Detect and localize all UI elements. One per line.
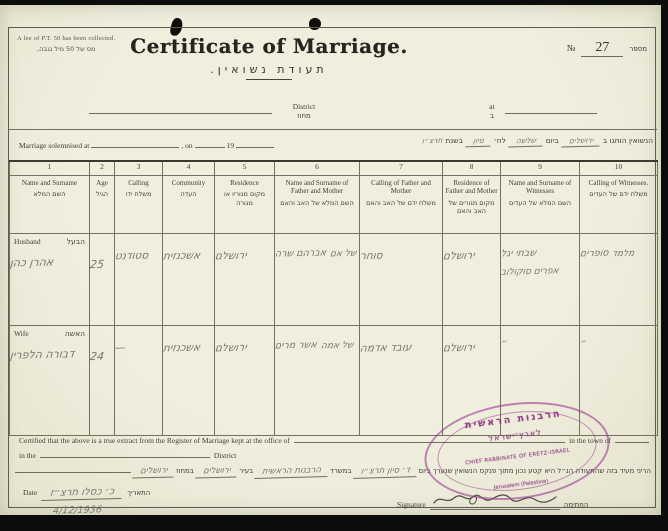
husband-parents-calling: סוחר <box>360 249 384 262</box>
at-label-he: ב <box>482 112 502 120</box>
signature-label-en: Signature <box>397 500 426 509</box>
wife-community: אשכנזית <box>163 341 201 354</box>
col-number: 10 <box>580 161 658 175</box>
number-label-hebrew: מספר <box>629 45 647 53</box>
cert-he-town-label: בעיר <box>239 467 253 475</box>
blank-line <box>40 457 210 458</box>
husband-name: אהרן כהן <box>10 255 55 269</box>
col-number: 7 <box>360 161 443 175</box>
blank-line <box>236 147 274 148</box>
fee-note-hebrew: מס של 50 מיל נגבה, <box>17 44 115 54</box>
husband-label-en: Husband <box>14 237 41 246</box>
handwritten-hebrew-date: כ׳ כסלו תרצ״ז <box>41 486 123 501</box>
handwritten-day: שלשה <box>508 136 543 148</box>
number-value: 27 <box>581 40 623 57</box>
husband-witness-calling-cell: סופרים מלמד <box>580 233 658 325</box>
col-number: 9 <box>501 161 580 175</box>
wife-label-he: האשה <box>65 329 85 338</box>
solemnised-intro-he: הנשואין הוחגו ב <box>603 136 653 145</box>
wife-community-cell: אשכנזית <box>163 325 215 435</box>
col-header: Name and Surname of Witnessesהשם המלא של… <box>501 175 580 233</box>
col-header: Ageהגיל <box>90 175 115 233</box>
col-header: Calling of Father and Motherמשלח ידם של … <box>360 175 443 233</box>
col-header: Residence of Father and Motherמקום מגורי… <box>443 175 501 233</box>
signature-label-he: החתימה <box>564 501 589 509</box>
husband-residence-cell: ירושלם <box>215 233 275 325</box>
wife-residence: ירושלם <box>215 341 248 354</box>
witness-calling-1: סופרים <box>580 247 610 259</box>
cert-he-office-label: במשרד <box>330 467 352 475</box>
husband-name-cell: Husband הבעל אהרן כהן <box>10 233 90 325</box>
header-en: Calling of Witnesses. <box>581 179 656 188</box>
solemnised-text: Marriage solemnised at <box>19 141 89 150</box>
page-title-hebrew: תעודת נשואין. <box>129 63 409 76</box>
header-en: Calling of Father and Mother <box>361 179 441 197</box>
handwritten-office: הרבנות הראשית <box>254 465 328 479</box>
header-he: העדה <box>164 190 213 198</box>
header-en: Calling <box>116 179 161 188</box>
witness-name-1: שבתי יגל <box>501 247 537 259</box>
col-number: 8 <box>443 161 501 175</box>
wife-calling-cell: — <box>115 325 163 435</box>
col-header: Calling of Witnesses.משלח ידם של העדים <box>580 175 658 233</box>
husband-calling: סטודנט <box>115 249 149 262</box>
witness-name-2: אפרים סוקולוב <box>501 266 560 278</box>
husband-community: אשכנזית <box>163 249 201 262</box>
col-number: 4 <box>163 161 215 175</box>
header-en: Residence <box>216 179 273 188</box>
column-header-row: Name and Surnameהשם המלא Ageהגיל Calling… <box>10 175 658 233</box>
cert-he-district-label: במחוז <box>176 467 194 475</box>
husband-community-cell: אשכנזית <box>163 233 215 325</box>
wife-residence-cell: ירושלם <box>215 325 275 435</box>
husband-calling-cell: סטודנט <box>115 233 163 325</box>
date-line: Date כ׳ כסלו תרצ״ז התאריך <box>23 487 150 500</box>
blank-line <box>615 442 649 443</box>
husband-parents-line2: של אם <box>329 248 357 259</box>
solemnised-english: Marriage solemnised at , on 19 <box>19 141 276 150</box>
header-he: השם המלא <box>11 190 88 198</box>
handwritten-numeric-date: 4/12/1936 <box>52 504 102 516</box>
handwritten-place: ירושלים <box>561 136 601 148</box>
header-en: Name and Surname of Witnesses <box>502 179 578 197</box>
date-block: Date כ׳ כסלו תרצ״ז התאריך 4/12/1936 <box>23 487 150 518</box>
fee-note-english: A fee of P.T. 50 has been collected. <box>17 34 115 44</box>
col-header: Name and Surnameהשם המלא <box>10 175 90 233</box>
husband-label: Husband הבעל <box>10 234 89 246</box>
header-he: מקום מגורים של האב והאם <box>444 199 499 216</box>
wife-parents-line2: של אמה <box>320 340 354 351</box>
blank-line <box>89 113 272 114</box>
scanned-certificate: A fee of P.T. 50 has been collected. מס … <box>0 0 668 531</box>
wife-name: דבורה הלפרין <box>10 347 76 362</box>
handwritten-town: ירושלים <box>195 465 238 478</box>
at-label-en: at <box>482 102 502 111</box>
handwritten-year: תרצ״ו <box>421 136 443 146</box>
date-label-he: התאריך <box>127 489 150 497</box>
col-number: 2 <box>90 161 115 175</box>
col-header: Callingמשלח ידו <box>115 175 163 233</box>
husband-age: 25 <box>90 257 105 270</box>
header-he: מקום מגוריו או מגורה <box>216 190 273 207</box>
blank-line <box>91 147 179 148</box>
district-row: District מחוז at ב <box>9 100 657 124</box>
col-number: 5 <box>215 161 275 175</box>
header-en: Community <box>164 179 213 188</box>
year-label-he: בשנת <box>445 136 463 145</box>
certification-line-2: in the District <box>19 451 319 460</box>
at-label: at ב <box>482 102 502 120</box>
solemnised-hebrew: הנשואין הוחגו ב ירושלים ביום שלשה לח׳ סי… <box>305 136 653 147</box>
col-number: 1 <box>10 161 90 175</box>
in-the-text: in the <box>19 451 36 460</box>
solemnised-row: Marriage solemnised at , on 19 הנשואין ה… <box>9 129 657 160</box>
header-en: Age <box>91 179 113 188</box>
wife-age-cell: 24 <box>90 325 115 435</box>
blank-line <box>195 147 225 148</box>
witness-calling-2: מלמד <box>612 248 635 259</box>
col-number: 6 <box>275 161 360 175</box>
header-he: הגיל <box>91 190 113 198</box>
wife-name-cell: Wife האשה דבורה הלפרין <box>10 325 90 435</box>
title-underline <box>246 79 292 80</box>
certificate-paper: A fee of P.T. 50 has been collected. מס … <box>0 5 661 515</box>
col-header: Communityהעדה <box>163 175 215 233</box>
wife-calling: — <box>115 341 127 353</box>
certificate-number: № 27 מספר <box>567 40 647 57</box>
header-he: משלח ידם של העדים <box>581 190 656 198</box>
on-label: , on <box>181 141 192 150</box>
header-he: השם המלא של האב והאם <box>276 199 358 207</box>
col-header: Residenceמקום מגוריו או מגורה <box>215 175 275 233</box>
col-header: Name and Surname of Father and Motherהשם… <box>275 175 360 233</box>
wife-parents-calling-cell: עובד אדמה <box>360 325 443 435</box>
header-en: Name and Surname of Father and Mother <box>276 179 358 197</box>
header-he: משלח ידם של האב והאם <box>361 199 441 207</box>
header-he: השם המלא של העדים <box>502 199 578 207</box>
district-text: District <box>214 451 237 460</box>
wife-parents-line1: אשר מרים <box>275 339 318 351</box>
title-block: Certificate of Marriage. תעודת נשואין. <box>129 34 409 80</box>
fee-note: A fee of P.T. 50 has been collected. מס … <box>17 34 115 55</box>
district-label-en: District <box>271 102 337 111</box>
day-label-he: ביום <box>546 136 559 145</box>
wife-parents-cell: אשר מרים של אמה <box>275 325 360 435</box>
husband-witnesses-cell: שבתי יגל אפרים סוקולוב <box>501 233 580 325</box>
husband-age-cell: 25 <box>90 233 115 325</box>
header-he: משלח ידו <box>116 190 161 198</box>
husband-label-he: הבעל <box>67 237 85 246</box>
year-19-label: 19 <box>227 141 235 150</box>
number-sign: № <box>567 43 576 53</box>
blank-line <box>15 472 131 473</box>
header-en: Name and Surname <box>11 179 88 188</box>
wife-label: Wife האשה <box>10 326 89 338</box>
handwritten-district: ירושלים <box>132 465 175 478</box>
date-label-en: Date <box>23 488 37 497</box>
wife-age: 24 <box>90 349 105 362</box>
column-number-row: 1 2 3 4 5 6 7 8 9 10 <box>10 161 658 175</box>
husband-row: Husband הבעל אהרן כהן 25 סטודנט אשכנזית … <box>10 233 658 325</box>
district-label-he: מחוז <box>271 112 337 120</box>
wife-parents-residence: ירושלם <box>443 341 476 354</box>
handwritten-cert-date: ד׳ סיון תרצ״ו <box>353 465 417 479</box>
header-en: Residence of Father and Mother <box>444 179 499 197</box>
handwritten-month: סיון <box>465 136 491 148</box>
husband-parents-calling-cell: סוחר <box>360 233 443 325</box>
month-label-he: לח׳ <box>494 136 506 145</box>
ditto-mark: ״ <box>580 337 588 348</box>
husband-residence: ירושלם <box>215 249 248 262</box>
husband-parents-residence-cell: ירושלם <box>443 233 501 325</box>
district-label: District מחוז <box>271 102 337 120</box>
husband-parents-residence: ירושלם <box>443 249 476 262</box>
certified-text: Certified that the above is a true extra… <box>19 436 290 445</box>
wife-parents-calling: עובד אדמה <box>360 341 413 354</box>
wife-label-en: Wife <box>14 329 29 338</box>
husband-parents-cell: אברהם שרה של אם <box>275 233 360 325</box>
col-number: 3 <box>115 161 163 175</box>
page-title: Certificate of Marriage. <box>129 34 409 58</box>
husband-parents-line1: אברהם שרה <box>275 247 327 259</box>
blank-line <box>505 113 597 114</box>
marriage-register-table: 1 2 3 4 5 6 7 8 9 10 Name and Surnameהשם… <box>9 160 658 436</box>
ditto-mark: ״ <box>501 337 509 348</box>
